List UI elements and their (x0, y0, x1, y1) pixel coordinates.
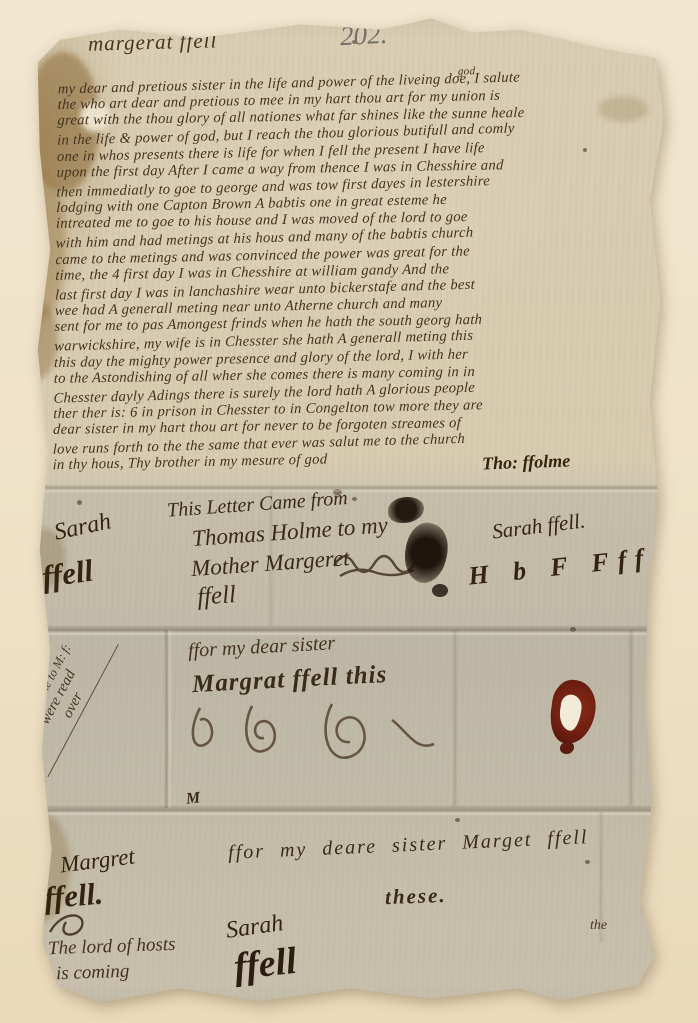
manuscript-paper: margerat ffell 202. god my dear and pret… (0, 0, 698, 1023)
paper-shadow-wrap: margerat ffell 202. god my dear and pret… (0, 0, 698, 1023)
paper-edge-shading (0, 0, 698, 1023)
photograph-background: margerat ffell 202. god my dear and pret… (0, 0, 698, 1023)
